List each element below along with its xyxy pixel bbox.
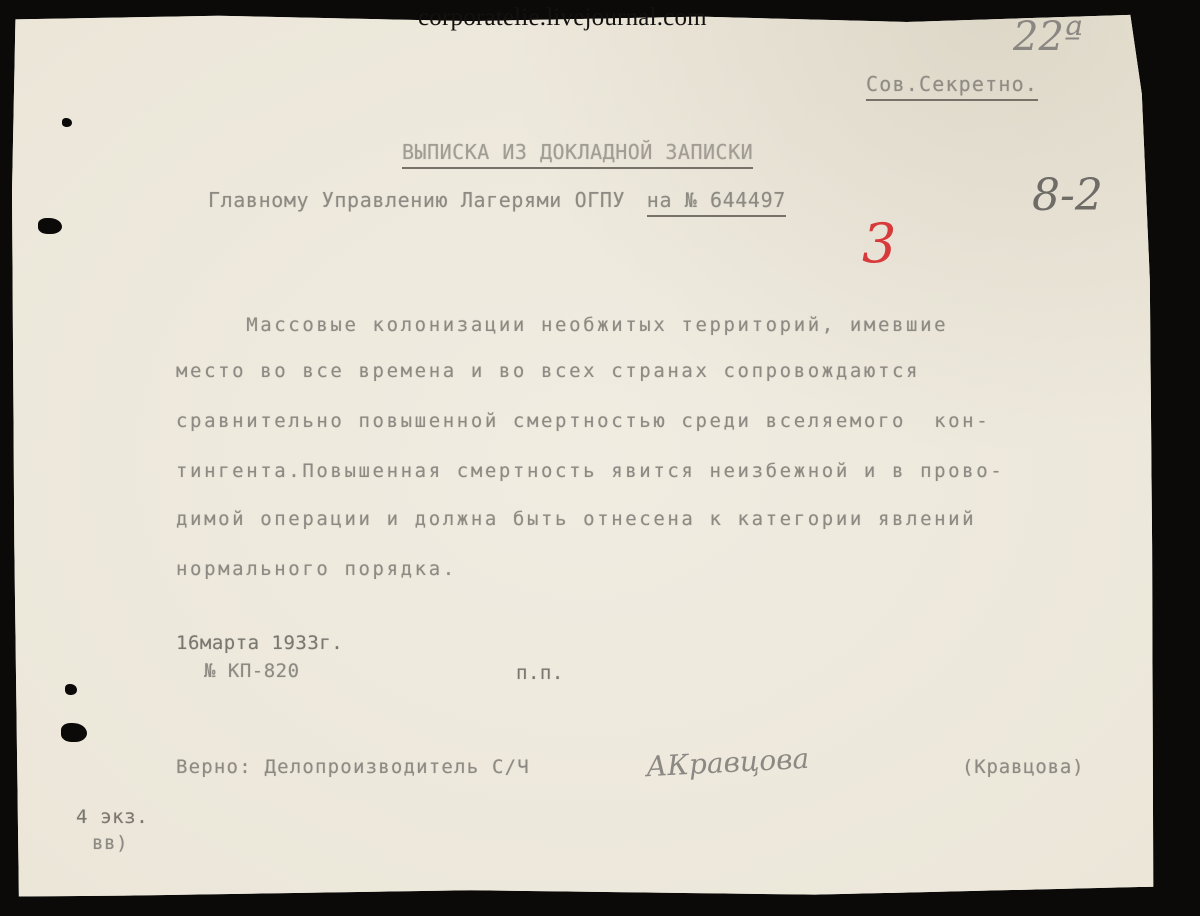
body-line: димой операции и должна быть отнесена к …: [176, 508, 976, 530]
document-title: ВЫПИСКА ИЗ ДОКЛАДНОЙ ЗАПИСКИ: [402, 140, 753, 169]
document-number: № КП-820: [204, 660, 300, 682]
page-number-handwritten: 22ª: [1013, 14, 1083, 60]
body-line: Массовые колонизации необжитых территори…: [176, 314, 948, 336]
punch-hole: [61, 723, 87, 742]
addressee-text: Главному Управлению Лагерями ОГПУ: [208, 188, 625, 212]
body-line: место во все времена и во всех странах с…: [176, 360, 920, 382]
classification-stamp: Сов.Секретно.: [866, 72, 1038, 101]
body-line: нормального порядка.: [176, 558, 457, 580]
punch-hole: [62, 118, 72, 127]
red-handwritten-number: 3: [862, 212, 896, 275]
certification-label: Верно: Делопроизводитель С/Ч: [176, 756, 530, 778]
reference-number: на № 644497: [647, 188, 786, 217]
body-line: сравнительно повышенной смертностью сред…: [176, 410, 990, 432]
body-line: тингента.Повышенная смертность явится не…: [176, 460, 1004, 482]
punch-hole: [65, 684, 77, 695]
margin-handwritten-note: 8-2: [1032, 170, 1103, 221]
addressee-line: Главному Управлению Лагерями ОГПУ на № 6…: [208, 188, 786, 212]
document-date: 16марта 1933г.: [176, 632, 343, 654]
watermark: corporatelie.livejournal.com: [418, 4, 707, 32]
punch-hole: [38, 218, 62, 234]
typist-initials: вв): [92, 832, 128, 854]
signed-mark: п.п.: [516, 662, 564, 684]
copies-count: 4 экз.: [76, 806, 148, 828]
clerk-name: (Кравцова): [962, 756, 1084, 778]
